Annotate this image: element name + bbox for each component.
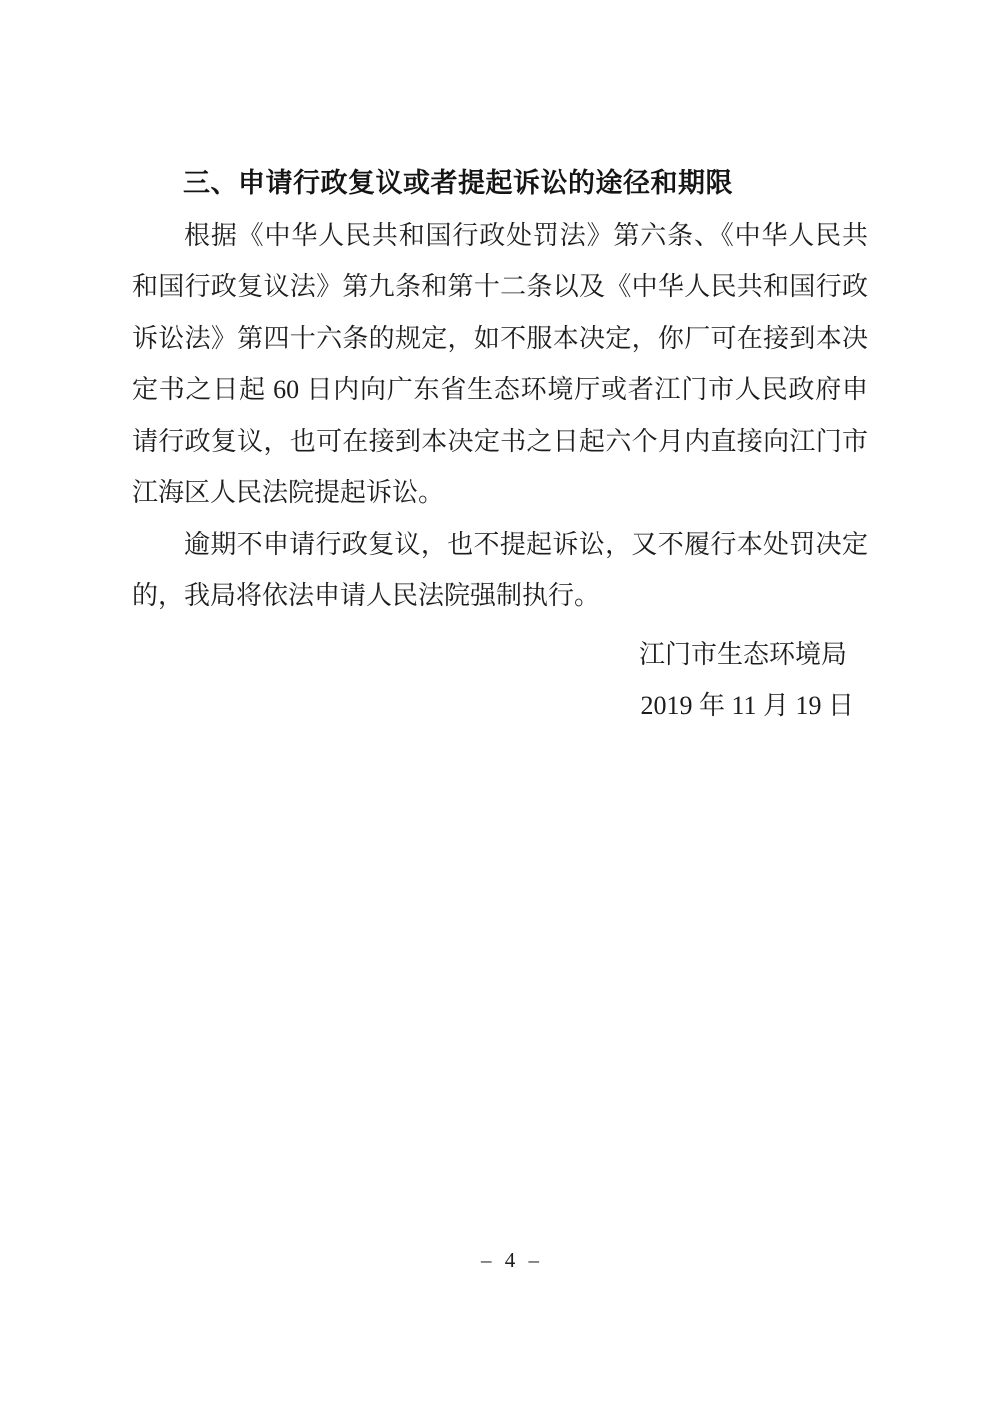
- section-heading: 三、申请行政复议或者提起诉讼的途径和期限: [132, 158, 868, 210]
- body-line: 请行政复议，也可在接到本决定书之日起六个月内直接向江门市: [132, 416, 868, 468]
- body-line: 的，我局将依法申请人民法院强制执行。: [132, 570, 868, 622]
- body-line: 江海区人民法院提起诉讼。: [132, 467, 868, 519]
- body-line: 定书之日起 60 日内向广东省生态环境厅或者江门市人民政府申: [132, 364, 868, 416]
- page-number: – 4 –: [16, 1245, 992, 1275]
- body-line: 根据《中华人民共和国行政处罚法》第六条、《中华人民共: [132, 210, 868, 262]
- body-line: 和国行政复议法》第九条和第十二条以及《中华人民共和国行政: [132, 261, 868, 313]
- document-page: 三、申请行政复议或者提起诉讼的途径和期限 根据《中华人民共和国行政处罚法》第六条…: [0, 0, 992, 1403]
- body-line: 诉讼法》第四十六条的规定，如不服本决定，你厂可在接到本决: [132, 313, 868, 365]
- body-line: 逾期不申请行政复议，也不提起诉讼，又不履行本处罚决定: [132, 519, 868, 571]
- issuing-authority-signature: 江门市生态环境局: [132, 629, 868, 681]
- issue-date: 2019 年 11 月 19 日: [132, 680, 868, 732]
- document-body: 三、申请行政复议或者提起诉讼的途径和期限 根据《中华人民共和国行政处罚法》第六条…: [132, 158, 868, 732]
